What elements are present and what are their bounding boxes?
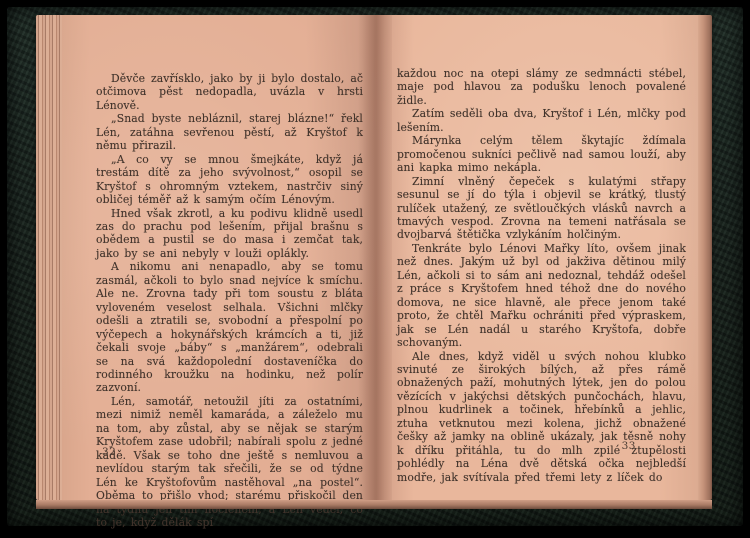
paragraph: každou noc na otepi slámy ze sedmnácti s… <box>397 67 686 107</box>
book-photo: Děvče zavřísklo, jako by ji bylo dostalo… <box>0 0 750 538</box>
paragraph: Zimní vlněný čepeček s kulatými střapy s… <box>397 175 686 242</box>
right-page-number: 33 <box>622 440 636 452</box>
page-edges-stack <box>36 15 62 500</box>
right-page: každou noc na otepi slámy ze sedmnácti s… <box>375 15 698 500</box>
right-page-text: každou noc na otepi slámy ze sedmnácti s… <box>397 67 686 484</box>
right-fore-edge <box>698 15 712 500</box>
paragraph: Děvče zavřísklo, jako by ji bylo dostalo… <box>96 72 363 112</box>
open-book-spread: Děvče zavřísklo, jako by ji bylo dostalo… <box>36 15 712 500</box>
paragraph: Zatím seděli oba dva, Kryštof i Lén, mlč… <box>397 107 686 134</box>
paragraph: Lén, samotář, netoužil jíti za ostatními… <box>96 395 363 530</box>
paragraph: Márynka celým tělem škytajíc ždímala pro… <box>397 134 686 174</box>
paragraph: „Snad byste nebláznil, starej blázne!“ ř… <box>96 112 363 152</box>
paragraph: A nikomu ani nenapadlo, aby se tomu zasm… <box>96 260 363 395</box>
signature-mark: 3 <box>431 447 436 456</box>
left-page-number: 32 <box>102 446 116 458</box>
paragraph: Hned však zkrotl, a ku podivu klidně use… <box>96 207 363 261</box>
left-page: Děvče zavřísklo, jako by ji bylo dostalo… <box>62 15 375 500</box>
left-page-text: Děvče zavřísklo, jako by ji bylo dostalo… <box>96 72 363 529</box>
paragraph: Ale dnes, když viděl u svých nohou klubk… <box>397 350 686 485</box>
paragraph: „A co vy se mnou šmejkáte, když já trest… <box>96 153 363 207</box>
bottom-page-edge <box>36 500 712 509</box>
paragraph: Tenkráte bylo Lénovi Mařky líto, ovšem j… <box>397 242 686 350</box>
